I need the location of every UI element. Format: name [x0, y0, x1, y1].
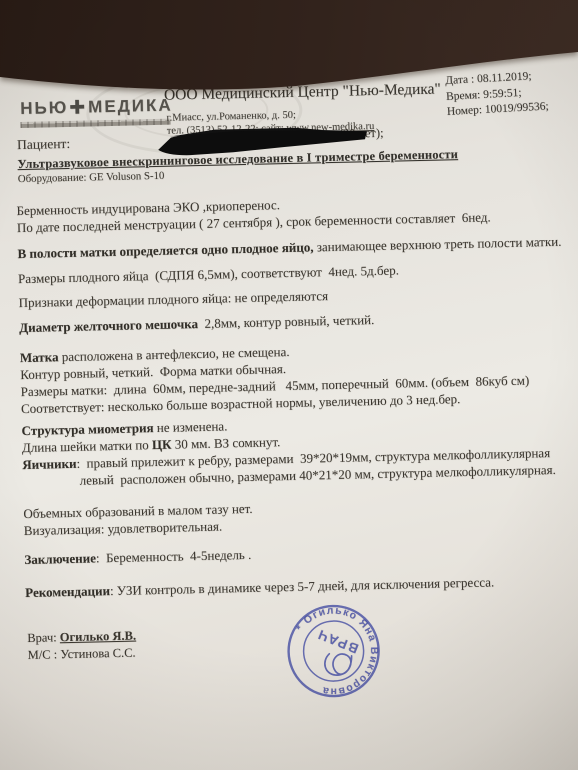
report-body: Берменность индуцирована ЭКО ,криоперено…	[16, 190, 577, 601]
report-line: Диаметр желточного мешочка 2,8мм, контур…	[19, 307, 571, 337]
desk-edge	[0, 0, 578, 100]
logo-left-text: НЬЮ	[20, 98, 68, 119]
patient-label: Пациент:	[17, 136, 70, 153]
stamp-inner-text: ВРАЧ	[314, 626, 360, 656]
doctor-stamp: * Огилько Яна Викторовна ВРАЧ	[257, 574, 410, 727]
signature-block: Врач: Огилько Я.В. М/С : Устинова С.С.	[27, 628, 137, 664]
nurse-line: М/С : Устинова С.С.	[27, 645, 136, 664]
study-title: Ультразвуковое внескрининговое исследова…	[17, 147, 458, 172]
report-content: НЬЮ✚МЕДИКА ООО Медицинский Центр "Нью-Ме…	[0, 0, 578, 770]
patient-age: (30 лет);	[339, 126, 384, 142]
equipment: Оборудование: GE Voluson S-10	[18, 170, 165, 185]
report-line: В полости матки определяется одно плодно…	[17, 233, 569, 263]
clinic-logo: НЬЮ✚МЕДИКА	[20, 96, 173, 128]
medical-cross-icon: ✚	[69, 98, 87, 117]
report-line: Признаки деформации плодного яйца: не оп…	[18, 282, 570, 312]
doctor-name: Огилько Я.В.	[60, 629, 137, 645]
report-line: Заключение: Беременность 4-5недель .	[24, 539, 576, 569]
medical-report-photo: НЬЮ✚МЕДИКА ООО Медицинский Центр "Нью-Ме…	[0, 0, 578, 770]
